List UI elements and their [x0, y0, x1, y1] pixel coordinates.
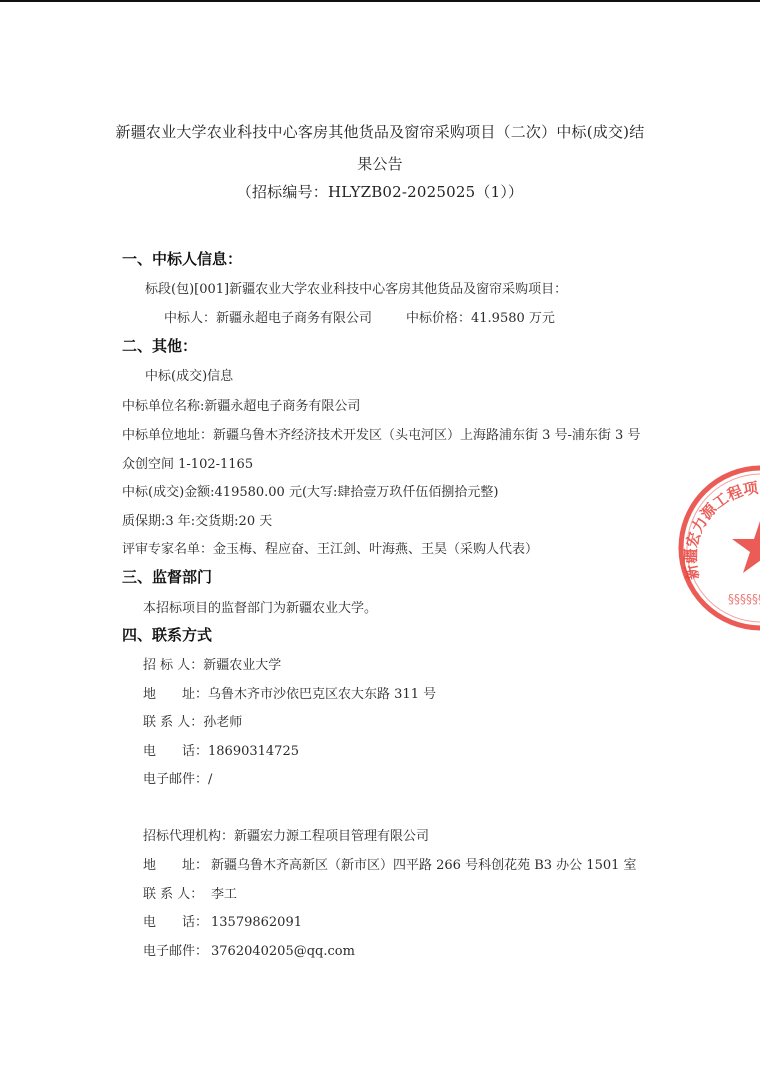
- agency-phone-row: 电 话：13579862091: [143, 911, 302, 930]
- purchaser-contact-row: 联 系 人：孙老师: [143, 711, 242, 730]
- expert-list: 评审专家名单：金玉梅、程应奋、王江剑、叶海燕、王昊（采购人代表）: [122, 538, 538, 557]
- agency-phone-value: 13579862091: [211, 915, 302, 930]
- document-title-line1: 新疆农业大学农业科技中心客房其他货品及窗帘采购项目（二次）中标(成交)结: [0, 121, 760, 142]
- section3-heading: 三、监督部门: [122, 566, 212, 587]
- purchaser-name-row: 招 标 人：新疆农业大学: [143, 654, 281, 673]
- agency-email-row: 电子邮件：3762040205@qq.com: [143, 940, 355, 959]
- purchaser-address-value: 乌鲁木齐市沙依巴克区农大东路 311 号: [208, 687, 436, 702]
- section1-heading: 一、中标人信息：: [122, 248, 242, 269]
- section2-subheading: 中标(成交)信息: [145, 365, 233, 384]
- agency-name-value: 新疆宏力源工程项目管理有限公司: [234, 829, 429, 844]
- purchaser-address-label: 地 址：: [143, 687, 208, 702]
- agency-address-value: 新疆乌鲁木齐高新区（新市区）四平路 266 号科创花苑 B3 办公 1501 室: [211, 858, 637, 873]
- agency-contact-row: 联 系 人：李工: [143, 883, 237, 902]
- purchaser-contact-value: 孙老师: [203, 715, 242, 730]
- warranty-delivery: 质保期:3 年:交货期:20 天: [122, 510, 272, 529]
- purchaser-email-row: 电子邮件：/: [143, 768, 212, 787]
- agency-contact-label: 联 系 人：: [143, 883, 211, 902]
- purchaser-name-label: 招 标 人：: [143, 658, 203, 673]
- section2-heading: 二、其他：: [122, 335, 197, 356]
- unit-name: 中标单位名称:新疆永超电子商务有限公司: [122, 395, 360, 414]
- purchaser-email-label: 电子邮件：: [143, 772, 208, 787]
- lot-line: 标段(包)[001]新疆农业大学农业科技中心客房其他货品及窗帘采购项目：: [145, 278, 567, 297]
- company-seal-icon: 新疆宏力源工程项目管理有限公司 §§§§§§: [676, 463, 760, 633]
- purchaser-email-value: /: [208, 772, 212, 787]
- winning-price: 中标价格：41.9580 万元: [406, 307, 555, 326]
- supervision-text: 本招标项目的监督部门为新疆农业大学。: [143, 597, 377, 616]
- agency-address-row: 地 址：新疆乌鲁木齐高新区（新市区）四平路 266 号科创花苑 B3 办公 15…: [143, 854, 637, 873]
- purchaser-contact-label: 联 系 人：: [143, 715, 203, 730]
- tender-number: （招标编号：HLYZB02-2025025（1））: [0, 181, 760, 202]
- purchaser-phone-value: 18690314725: [208, 744, 299, 759]
- purchaser-phone-label: 电 话：: [143, 744, 208, 759]
- purchaser-name-value: 新疆农业大学: [203, 658, 281, 673]
- unit-address-line1: 中标单位地址：新疆乌鲁木齐经济技术开发区（头屯河区）上海路浦东街 3 号-浦东街…: [122, 424, 640, 443]
- purchaser-address-row: 地 址：乌鲁木齐市沙依巴克区农大东路 311 号: [143, 683, 436, 702]
- agency-phone-label: 电 话：: [143, 911, 211, 930]
- unit-address-line2: 众创空间 1-102-1165: [122, 453, 253, 472]
- section4-heading: 四、联系方式: [122, 624, 212, 645]
- svg-text:§§§§§§: §§§§§§: [728, 592, 760, 606]
- agency-name-row: 招标代理机构：新疆宏力源工程项目管理有限公司: [143, 825, 429, 844]
- document-title-line2: 果公告: [0, 153, 760, 174]
- purchaser-phone-row: 电 话：18690314725: [143, 740, 299, 759]
- agency-contact-value: 李工: [211, 887, 237, 902]
- agency-address-label: 地 址：: [143, 854, 211, 873]
- winner-name: 中标人：新疆永超电子商务有限公司: [164, 307, 372, 326]
- contract-amount: 中标(成交)金额:419580.00 元(大写:肆拾壹万玖仟伍佰捌拾元整): [122, 481, 498, 500]
- agency-email-value: 3762040205@qq.com: [211, 944, 355, 959]
- top-border: [0, 0, 760, 2]
- agency-name-label: 招标代理机构：: [143, 829, 234, 844]
- agency-email-label: 电子邮件：: [143, 940, 211, 959]
